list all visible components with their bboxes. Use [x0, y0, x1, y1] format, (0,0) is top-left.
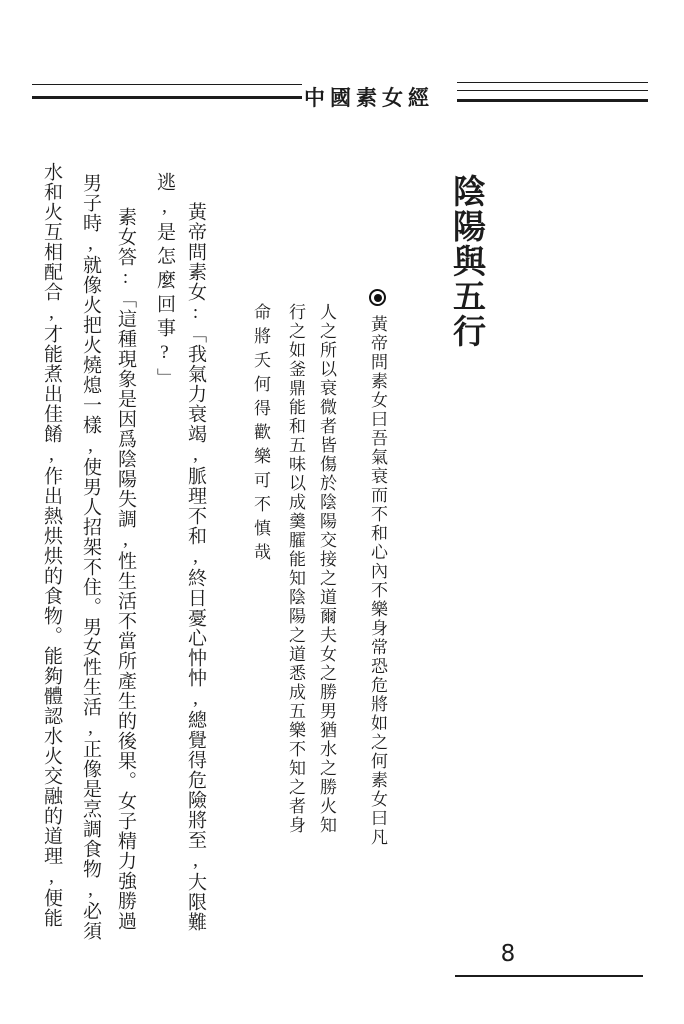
translation-column-3: 素女答:「這種現象是因爲陰陽失調,性生活不當所產生的後果。女子精力強勝過 [116, 207, 135, 931]
running-head-book-title: 中國素女經 [303, 82, 435, 112]
translation-column-5: 水和火互相配合,才能煮出佳餚,作出熱烘烘的食物。能夠體認水火交融的道理,便能 [42, 162, 61, 928]
classical-column-1: 黃帝問素女曰吾氣衰而不和心內不樂身常恐危將如之何素女曰凡 [369, 315, 386, 847]
translation-column-2: 逃,是怎麼回事?」 [155, 172, 174, 392]
classical-column-2: 人之所以衰微者皆傷於陰陽交接之道爾夫女之勝男猶水之勝火知 [318, 303, 335, 835]
header-rule-right-thin1 [457, 82, 648, 83]
page-number: 8 [495, 941, 521, 967]
footer-rule [455, 975, 643, 977]
header-rule-left-thin [32, 84, 302, 85]
fisheye-bullet-icon [369, 289, 386, 306]
translation-column-4: 男子時,就像火把火燒熄一樣,使男人招架不住。男女性生活,正像是烹調食物,必須 [81, 173, 100, 941]
header-rule-left-thick [32, 96, 302, 99]
classical-column-3: 行之如釜鼎能和五味以成羹臛能知陰陽之道悉成五樂不知之者身 [287, 303, 304, 835]
chapter-title: 陰陽與五行 [449, 174, 482, 349]
translation-column-1: 黃帝問素女:「我氣力衰竭,脈理不和,終日憂心忡忡,總覺得危險將至,大限難 [186, 202, 205, 932]
book-page-scan: 中國素女經 陰陽與五行 黃帝問素女曰吾氣衰而不和心內不樂身常恐危將如之何素女曰凡… [0, 0, 684, 1024]
header-rule-right-thick [457, 99, 648, 102]
classical-column-4: 命將夭何得歡樂可不慎哉 [252, 303, 269, 567]
header-rule-right-thin2 [457, 90, 648, 91]
